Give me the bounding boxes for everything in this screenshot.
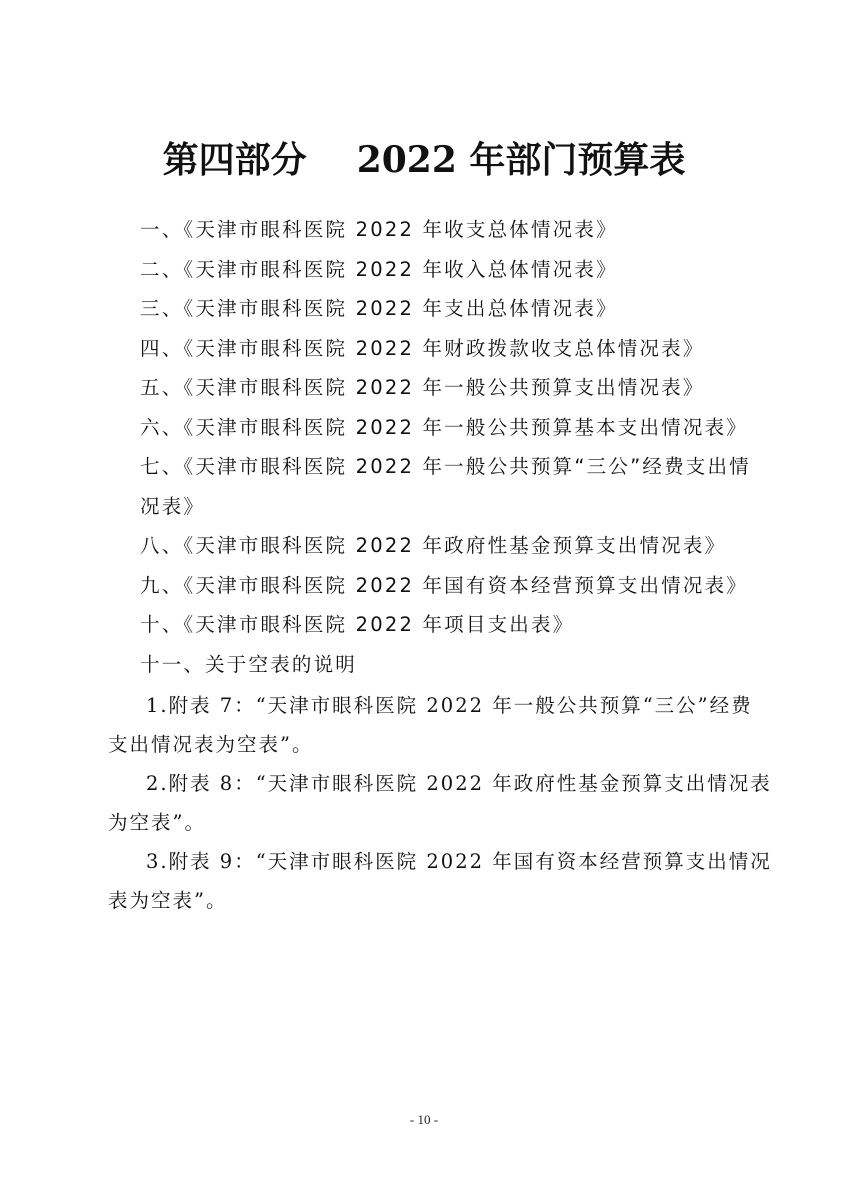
list-item: 五、《天津市眼科医院 2022 年一般公共预算支出情况表》 bbox=[140, 368, 750, 408]
note-line: 表为空表”。 bbox=[108, 881, 748, 920]
note-paragraph: 1.附表 7：“天津市眼科医院 2022 年一般公共预算“三公”经费 支出情况表… bbox=[108, 686, 748, 764]
table-list: 一、《天津市眼科医院 2022 年收支总体情况表》 二、《天津市眼科医院 202… bbox=[140, 210, 750, 684]
list-item: 六、《天津市眼科医院 2022 年一般公共预算基本支出情况表》 bbox=[140, 408, 750, 448]
page-number: - 10 - bbox=[0, 1112, 848, 1128]
list-item: 七、《天津市眼科医院 2022 年一般公共预算“三公”经费支出情 况表》 bbox=[140, 447, 750, 526]
list-item: 四、《天津市眼科医院 2022 年财政拨款收支总体情况表》 bbox=[140, 329, 750, 369]
list-item: 一、《天津市眼科医院 2022 年收支总体情况表》 bbox=[140, 210, 750, 250]
list-item-continuation: 况表》 bbox=[140, 487, 750, 527]
note-paragraph: 2.附表 8：“天津市眼科医院 2022 年政府性基金预算支出情况表 为空表”。 bbox=[108, 764, 748, 842]
page-title: 第四部分 2022 年部门预算表 bbox=[0, 138, 848, 182]
note-line: 2.附表 8：“天津市眼科医院 2022 年政府性基金预算支出情况表 bbox=[108, 764, 748, 803]
empty-table-notes: 1.附表 7：“天津市眼科医院 2022 年一般公共预算“三公”经费 支出情况表… bbox=[108, 686, 748, 920]
section-heading: 十一、关于空表的说明 bbox=[140, 645, 750, 685]
note-line: 支出情况表为空表”。 bbox=[108, 725, 748, 764]
list-item-line: 七、《天津市眼科医院 2022 年一般公共预算“三公”经费支出情 bbox=[140, 447, 750, 487]
note-paragraph: 3.附表 9：“天津市眼科医院 2022 年国有资本经营预算支出情况 表为空表”… bbox=[108, 842, 748, 920]
list-item: 八、《天津市眼科医院 2022 年政府性基金预算支出情况表》 bbox=[140, 526, 750, 566]
note-line: 3.附表 9：“天津市眼科医院 2022 年国有资本经营预算支出情况 bbox=[108, 842, 748, 881]
list-item: 九、《天津市眼科医院 2022 年国有资本经营预算支出情况表》 bbox=[140, 566, 750, 606]
note-line: 为空表”。 bbox=[108, 803, 748, 842]
list-item: 十、《天津市眼科医院 2022 年项目支出表》 bbox=[140, 605, 750, 645]
list-item: 三、《天津市眼科医院 2022 年支出总体情况表》 bbox=[140, 289, 750, 329]
list-item: 二、《天津市眼科医院 2022 年收入总体情况表》 bbox=[140, 250, 750, 290]
note-line: 1.附表 7：“天津市眼科医院 2022 年一般公共预算“三公”经费 bbox=[108, 686, 748, 725]
